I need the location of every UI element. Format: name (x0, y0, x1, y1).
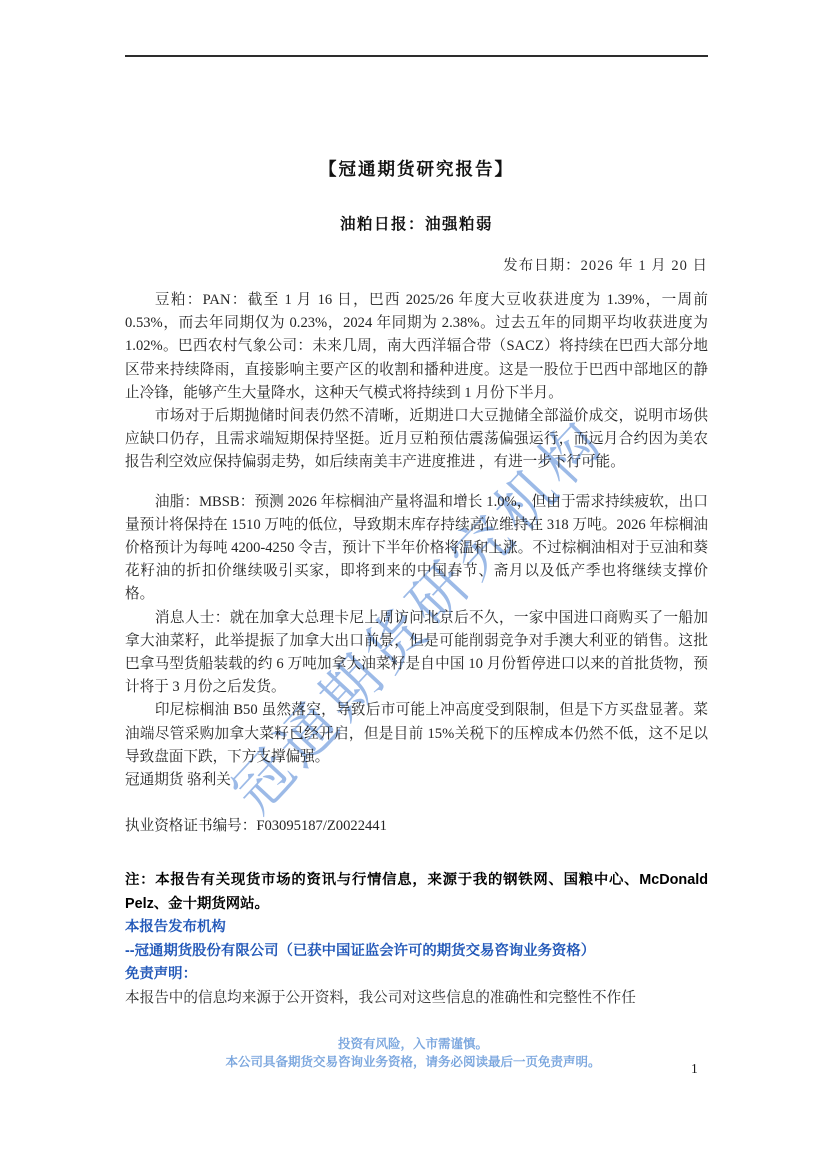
report-body: 豆粕：PAN：截至 1 月 16 日，巴西 2025/26 年度大豆收获进度为 … (125, 289, 708, 1010)
document-content: 【冠通期货研究报告】 油粕日报：油强粕弱 发布日期：2026 年 1 月 20 … (125, 156, 708, 1010)
page-footer: 投资有风险，入市需谨慎。 本公司具备期货交易咨询业务资格，请务必阅读最后一页免责… (0, 1036, 826, 1071)
page-number: 1 (691, 1061, 698, 1077)
issuer-line: --冠通期货股份有限公司（已获中国证监会许可的期货交易咨询业务资格） (125, 940, 708, 964)
license-number-line: 执业资格证书编号：F03095187/Z0022441 (125, 815, 708, 838)
footer-qualification-notice: 本公司具备期货交易咨询业务资格，请务必阅读最后一页免责声明。 (0, 1054, 826, 1072)
disclaimer-heading: 免责声明： (125, 963, 708, 987)
report-title: 油粕日报：油强粕弱 (125, 212, 708, 234)
footer-risk-warning: 投资有风险，入市需谨慎。 (0, 1036, 826, 1054)
issuer-heading: 本报告发布机构 (125, 916, 708, 940)
paragraph-palm-b50: 印尼棕榈油 B50 虽然落空，导致后市可能上冲高度受到限制，但是下方买盘显著。菜… (125, 699, 708, 769)
paragraph-soymeal: 豆粕：PAN：截至 1 月 16 日，巴西 2025/26 年度大豆收获进度为 … (125, 289, 708, 405)
paragraph-canola-news: 消息人士：就在加拿大总理卡尼上周访问北京后不久，一家中国进口商购买了一船加拿大油… (125, 607, 708, 700)
publish-date: 发布日期：2026 年 1 月 20 日 (125, 254, 708, 275)
author-line: 冠通期货 骆利关 (125, 769, 708, 792)
paragraph-oils: 油脂：MBSB：预测 2026 年棕榈油产量将温和增长 1.0%，但由于需求持续… (125, 491, 708, 607)
report-page: 冠通期货研究机构 【冠通期货研究报告】 油粕日报：油强粕弱 发布日期：2026 … (0, 0, 826, 1169)
paragraph-market: 市场对于后期抛储时间表仍然不清晰，近期进口大豆抛储全部溢价成交，说明市场供应缺口… (125, 405, 708, 475)
header-rule (125, 55, 708, 57)
report-series-title: 【冠通期货研究报告】 (125, 156, 708, 181)
disclaimer-text: 本报告中的信息均来源于公开资料，我公司对这些信息的准确性和完整性不作任 (125, 987, 708, 1010)
source-note: 注：本报告有关现货市场的资讯与行情信息，来源于我的钢铁网、国粮中心、McDona… (125, 868, 708, 916)
